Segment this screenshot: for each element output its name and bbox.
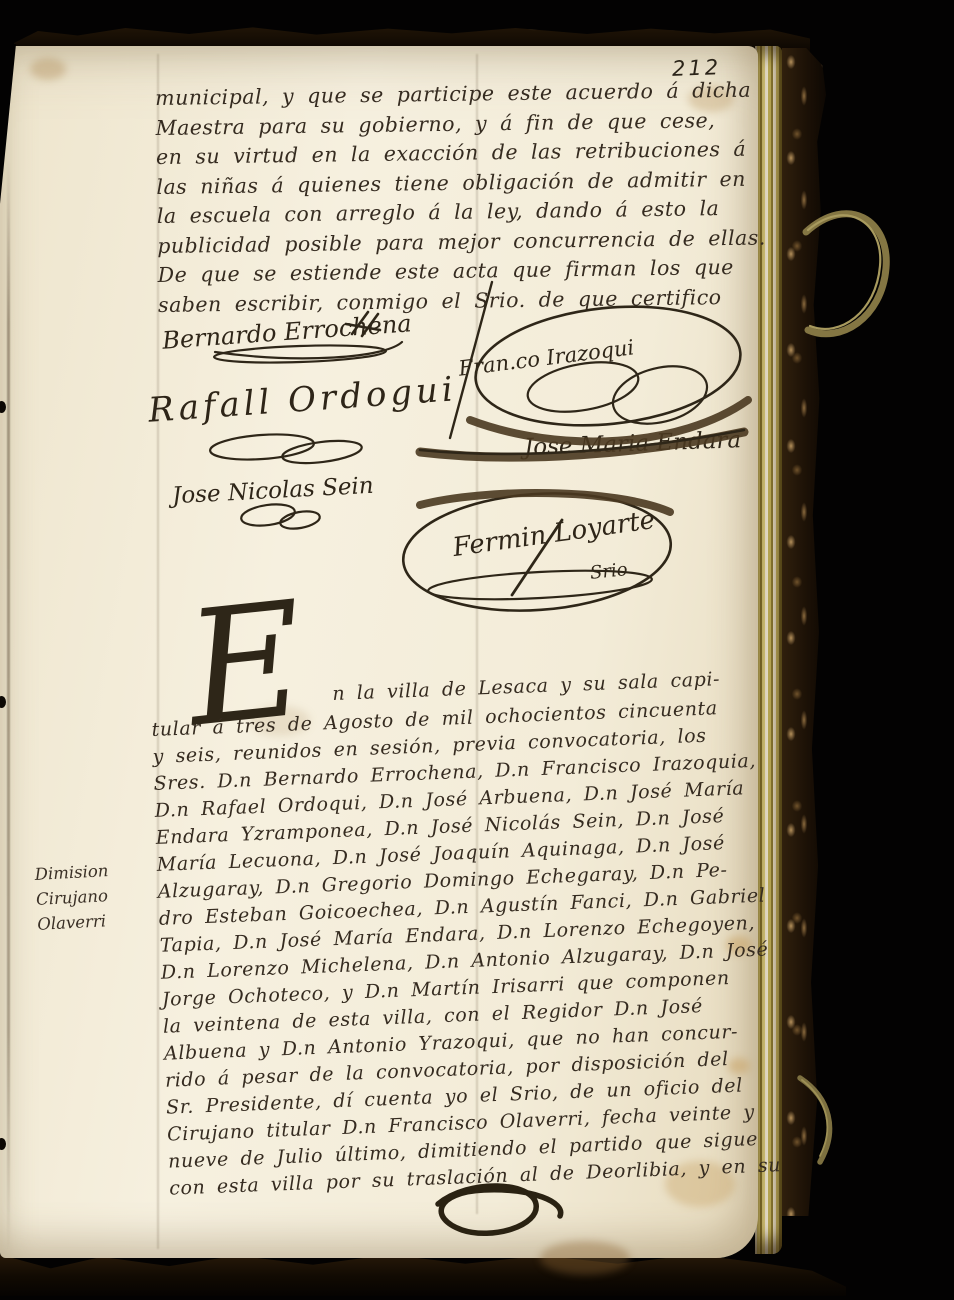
page-gutter-line <box>7 160 10 1250</box>
signature-secretary-title: Srio <box>589 559 629 584</box>
margin-note-line: Olaverri <box>37 908 112 937</box>
paragraph-1: municipal, y que se participe este acuer… <box>155 76 767 320</box>
signature-secretary: Fermin Loyarte <box>451 505 657 563</box>
paper-stain <box>30 58 66 80</box>
signature-jose-maria-endara: Jose Maria Endara <box>524 427 742 461</box>
manuscript-page: 212 municipal, y que se participe este a… <box>0 46 758 1258</box>
wormhole <box>0 401 6 413</box>
book-photograph: 212 municipal, y que se participe este a… <box>0 0 954 1300</box>
leather-cover-edge <box>782 48 826 1216</box>
signature-rafael-ordoqui: Rafall Ordogui <box>147 369 458 430</box>
margin-note: Dimision Cirujano Olaverri <box>34 858 112 937</box>
signature-francisco-irazoqui: Fran.co Irazoqui <box>457 335 635 380</box>
margin-note-line: Cirujano <box>35 883 110 912</box>
paper-stain <box>540 1241 630 1275</box>
signature-jose-nicolas-sein: Jose Nicolas Sein <box>171 473 374 510</box>
margin-note-line: Dimision <box>34 858 109 887</box>
wormhole <box>0 1138 6 1150</box>
paragraph-2: n la villa de Lesaca y su sala capi- tul… <box>150 664 782 1202</box>
wormhole <box>0 696 6 708</box>
